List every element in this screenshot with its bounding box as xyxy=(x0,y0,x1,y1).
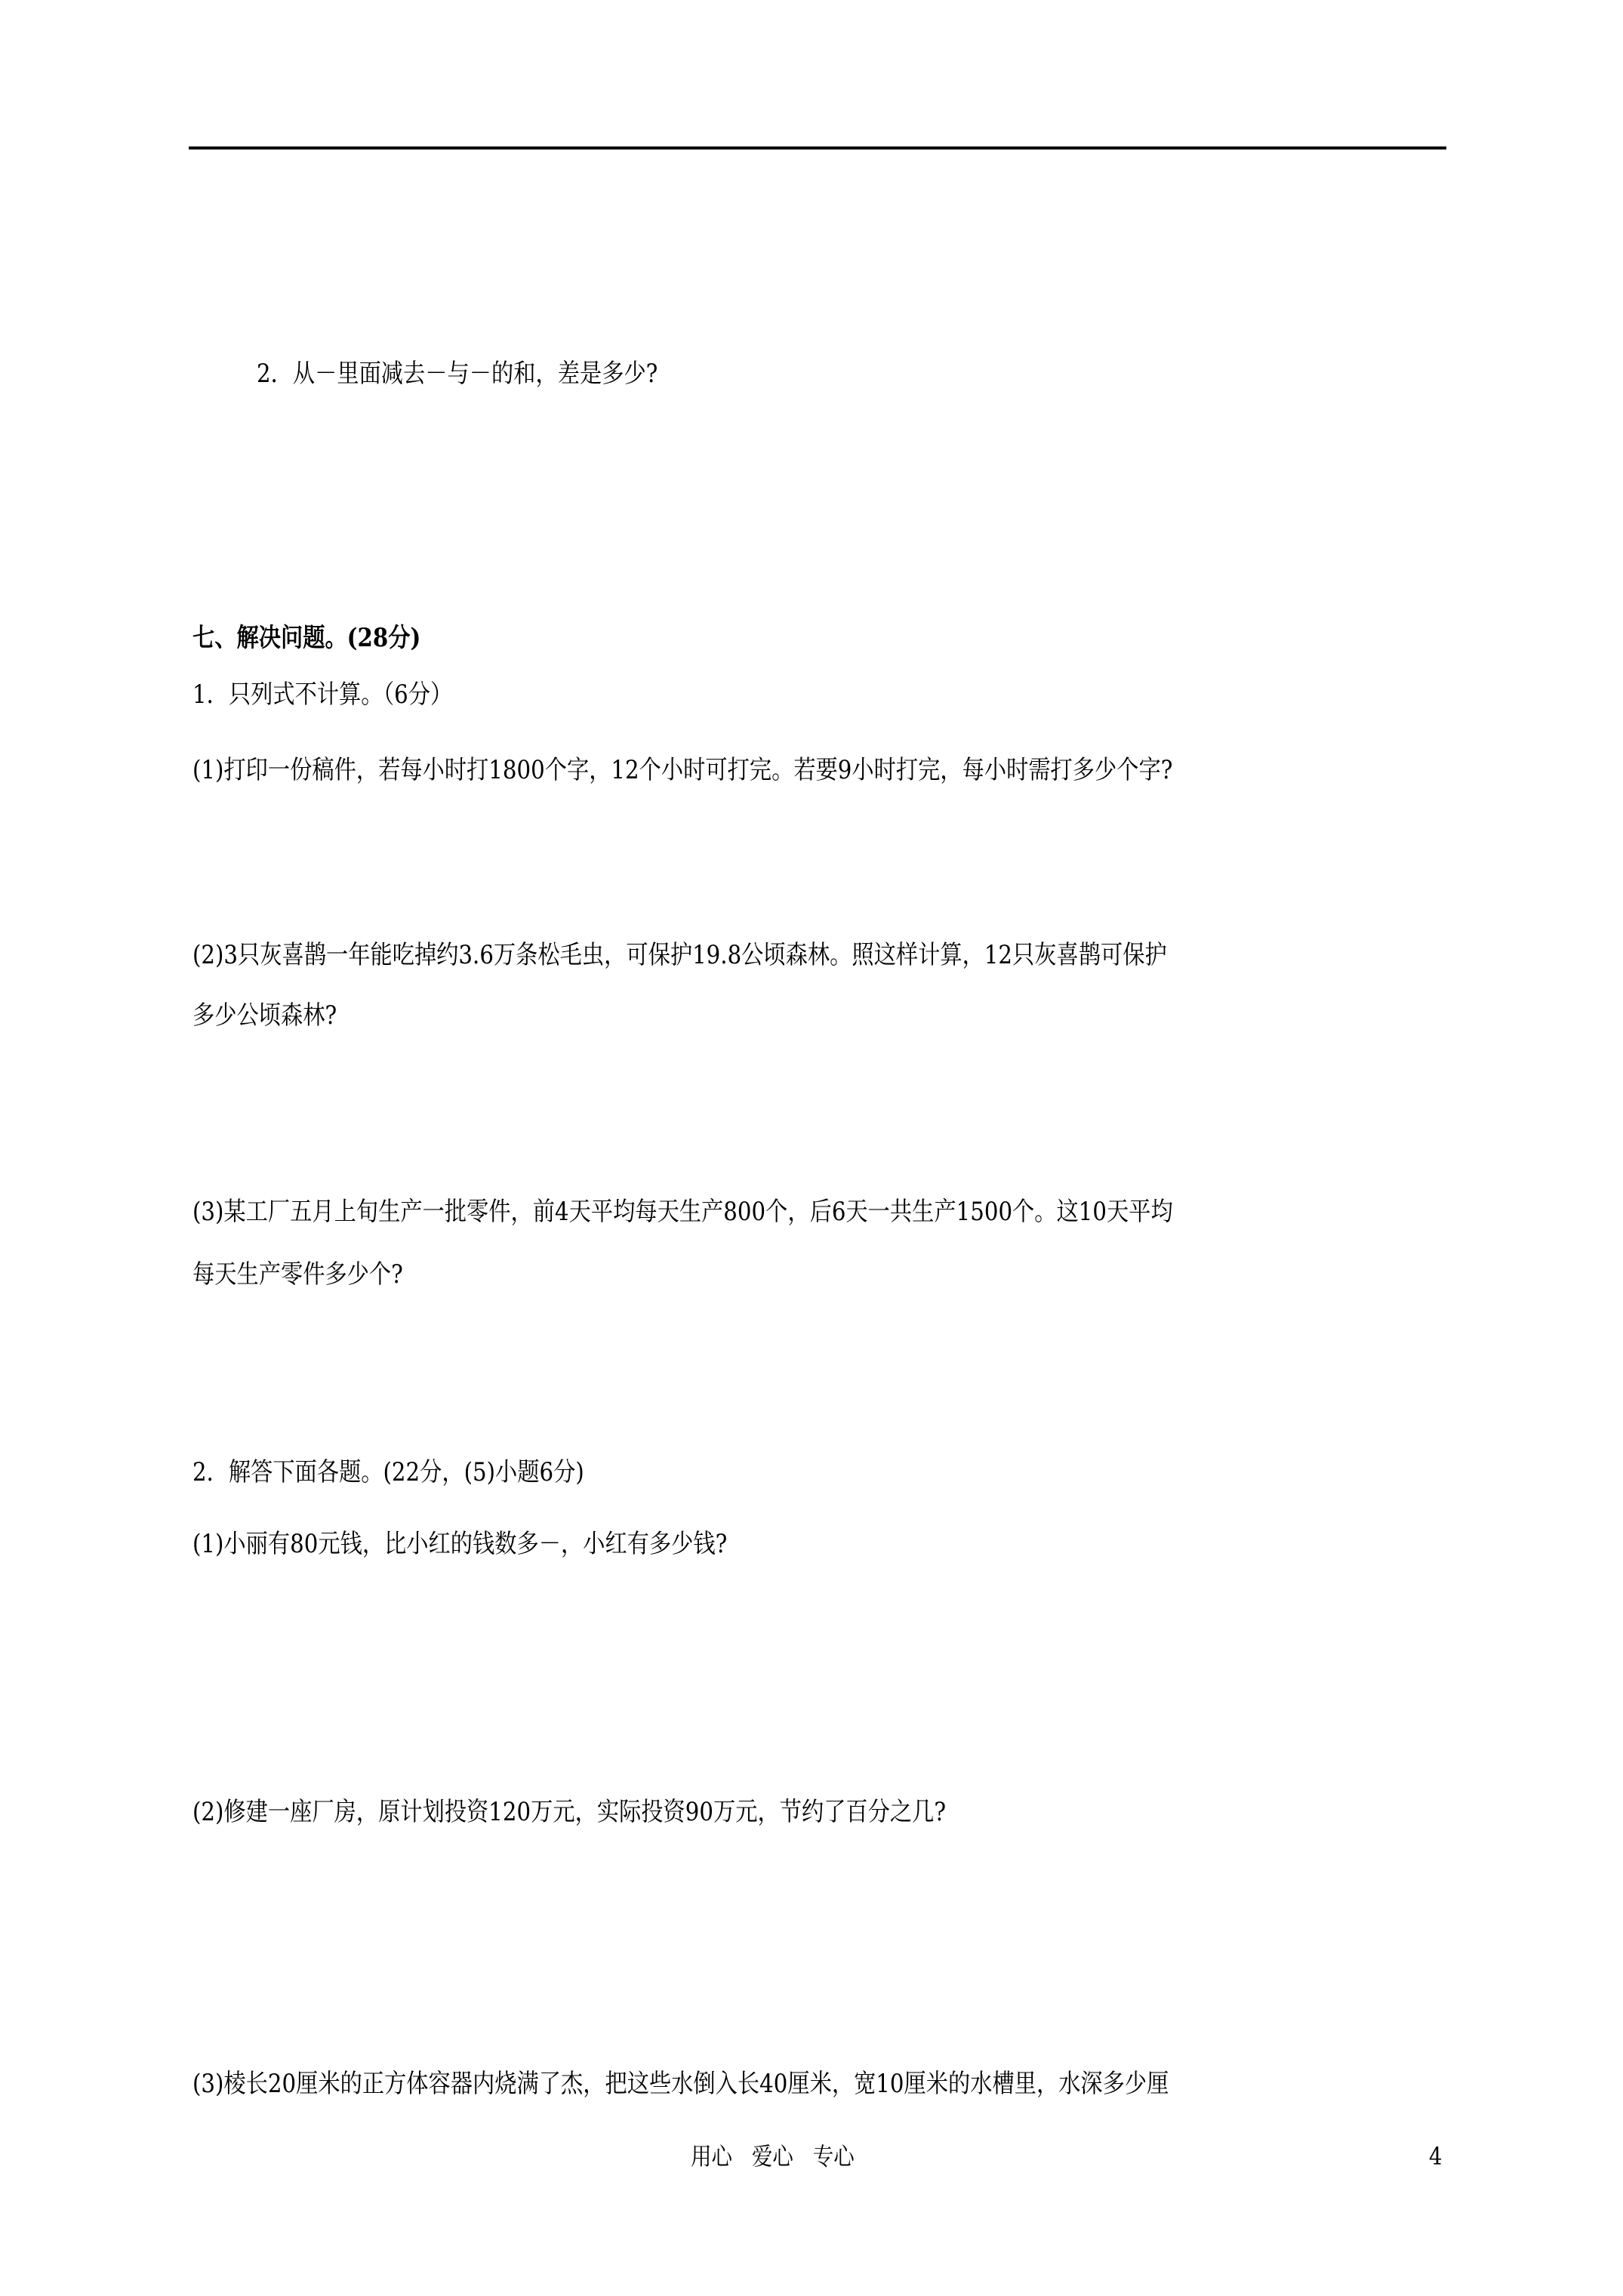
footer-motto-3: 专心 xyxy=(813,2142,855,2171)
part-1-item-1: (1)打印一份稿件，若每小时打1800个字，12个小时可打完。若要9小时打完，每… xyxy=(192,755,1172,785)
part-1-title: 1．只列式不计算。（6分） xyxy=(192,680,452,710)
footer-motto-1: 用心 xyxy=(691,2142,732,2171)
part-1-item-3-line-2: 每天生产零件多少个? xyxy=(192,1259,403,1290)
part-1-item-2-line-1: (2)3只灰喜鹊一年能吃掉约3.6万条松毛虫，可保护19.8公顷森林。照这样计算… xyxy=(192,940,1167,970)
question-2-subtract-sum: 2．从－里面减去－与－的和，差是多少? xyxy=(257,359,658,389)
section-seven-title: 七、解决问题。(28分) xyxy=(192,623,420,653)
part-2-item-3: (3)棱长20厘米的正方体容器内烧满了杰，把这些水倒入长40厘米，宽10厘米的水… xyxy=(192,2069,1169,2099)
part-2-item-2: (2)修建一座厂房，原计划投资120万元，实际投资90万元，节约了百分之几? xyxy=(192,1797,946,1827)
page-number: 4 xyxy=(1429,2141,1443,2171)
part-1-item-3-line-1: (3)某工厂五月上旬生产一批零件，前4天平均每天生产800个，后6天一共生产15… xyxy=(192,1197,1173,1227)
footer-motto-2: 爱心 xyxy=(752,2142,793,2171)
header-rule xyxy=(189,146,1446,149)
part-1-item-2-line-2: 多少公顷森林? xyxy=(192,1000,337,1031)
part-2-item-1: (1)小丽有80元钱，比小红的钱数多－，小红有多少钱? xyxy=(192,1529,727,1559)
part-2-title: 2．解答下面各题。(22分，(5)小题6分) xyxy=(192,1457,584,1487)
footer-motto: 用心爱心专心 xyxy=(691,2141,874,2171)
